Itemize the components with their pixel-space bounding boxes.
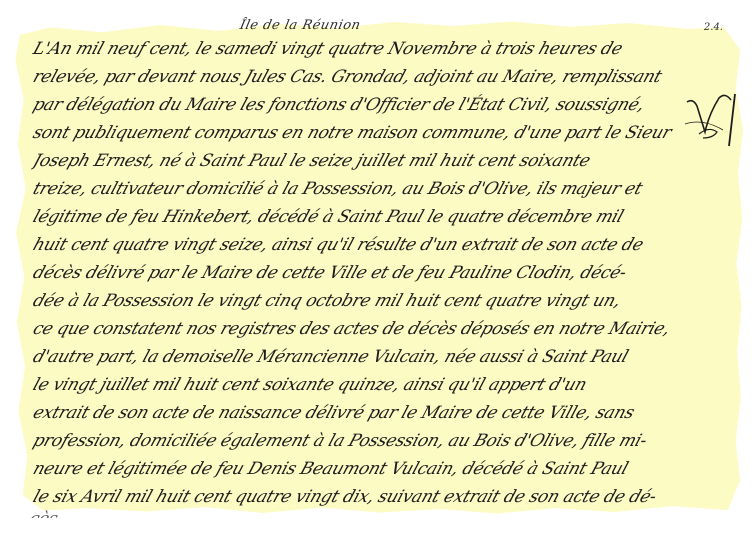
corner-note: 2.4. bbox=[704, 22, 723, 33]
text-line-15: profession, domiciliée également à la Po… bbox=[30, 430, 752, 452]
text-line-12: d'autre part, la demoiselle Mérancienne … bbox=[30, 346, 752, 368]
document-heading: Île de la Réunion bbox=[238, 18, 362, 33]
text-line-13: le vingt juillet mil huit cent soixante … bbox=[30, 374, 752, 396]
text-line-4: sont publiquement comparus en notre mais… bbox=[30, 122, 752, 144]
text-line-9: décès délivré par le Maire de cette Vill… bbox=[30, 262, 752, 284]
text-line-17: le six Avril mil huit cent quatre vingt … bbox=[30, 486, 752, 508]
text-line-8: huit cent quatre vingt seize, ainsi qu'i… bbox=[30, 234, 752, 256]
text-line-1: L'An mil neuf cent, le samedi vingt quat… bbox=[30, 38, 752, 60]
text-line-3: par délégation du Maire les fonctions d'… bbox=[30, 94, 752, 116]
text-line-5: Joseph Ernest, né à Saint Paul le seize … bbox=[30, 150, 752, 172]
text-line-11: ce que constatent nos registres des acte… bbox=[30, 318, 752, 340]
text-line-18-partial: cès ... bbox=[30, 508, 748, 518]
text-line-7: légitime de feu Hinkebert, décédé à Sain… bbox=[30, 206, 752, 228]
text-line-6: treize, cultivateur domicilié à la Posse… bbox=[30, 178, 752, 200]
text-line-10: dée à la Possession le vingt cinq octobr… bbox=[30, 290, 752, 312]
text-line-16: neure et légitimée de feu Denis Beaumont… bbox=[30, 458, 752, 480]
text-line-2: relevée, par devant nous Jules Cas. Gron… bbox=[30, 66, 752, 88]
text-line-14: extrait de son acte de naissance délivré… bbox=[30, 402, 752, 424]
